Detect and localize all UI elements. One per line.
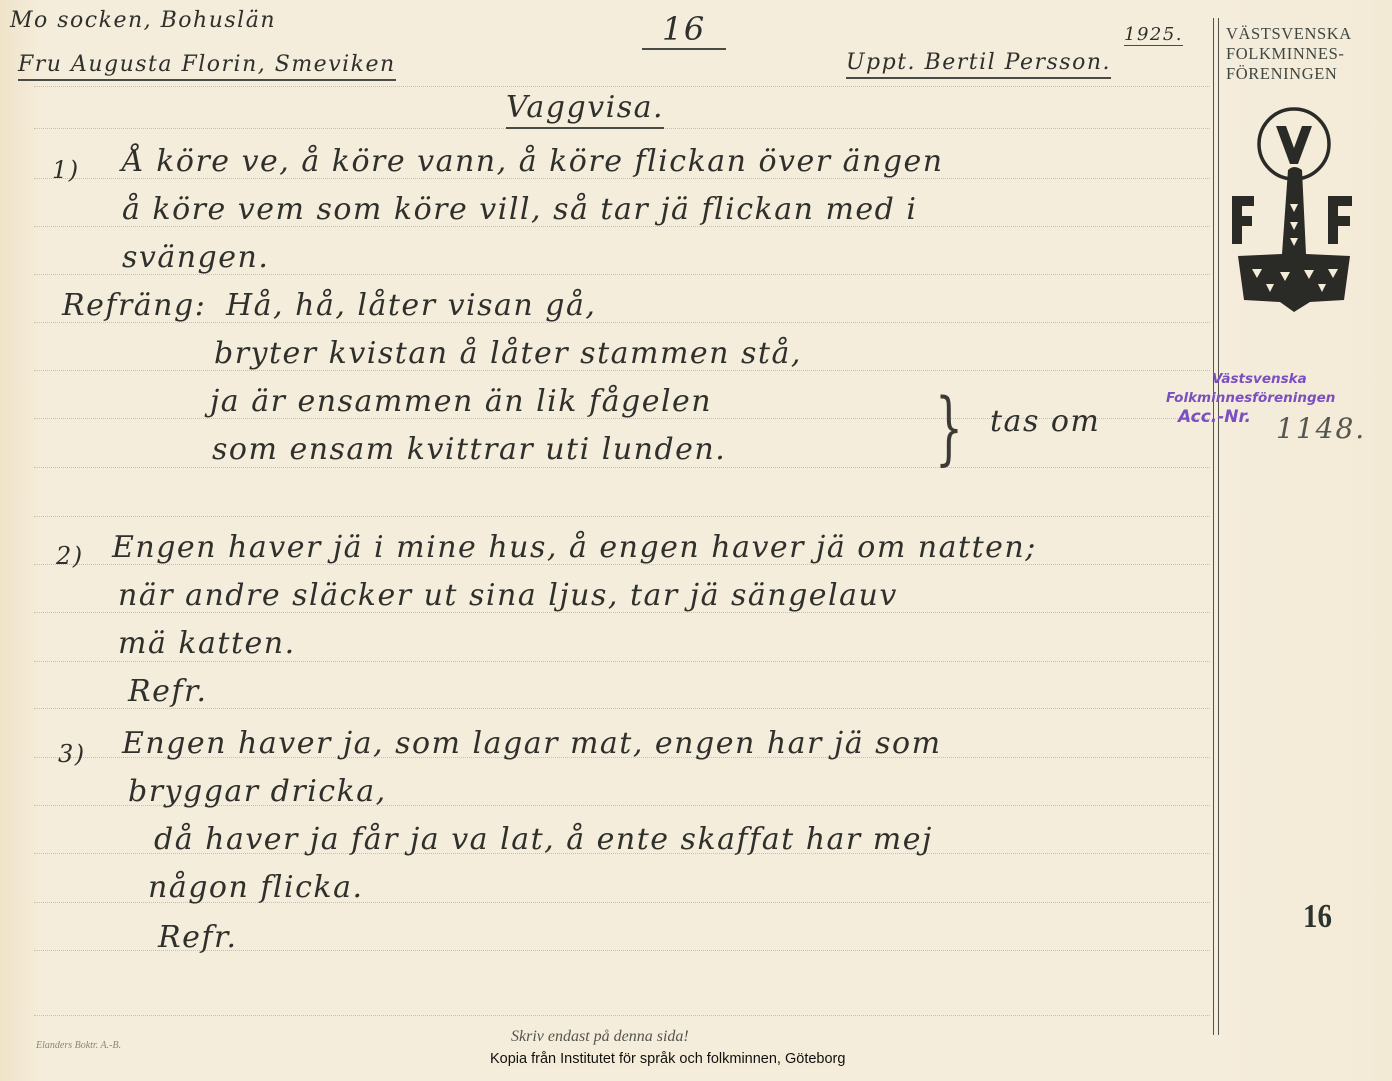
repeat-brace: } [935, 388, 963, 468]
ruled-line [34, 322, 1210, 323]
refrain-line: Hå, hå, låter visan gå, [226, 288, 596, 323]
ruled-line [34, 1015, 1210, 1016]
margin-rule [1218, 18, 1219, 1035]
ruled-line [34, 467, 1210, 468]
recorder-text: Uppt. Bertil Persson. [846, 50, 1111, 79]
margin-rule [1213, 18, 1214, 1035]
verse-number: 3) [58, 740, 86, 768]
ruled-line [34, 86, 1210, 87]
write-instruction: Skriv endast på denna sida! [511, 1028, 689, 1046]
verse-line: mä katten. [118, 626, 296, 661]
verse-line: någon flicka. [148, 870, 364, 905]
verse-line: Å köre ve, å köre vann, å köre flickan ö… [122, 144, 944, 179]
verse-line: Engen haver ja, som lagar mat, engen har… [122, 726, 942, 761]
copyright-notice: Kopia från Institutet för språk och folk… [490, 1051, 845, 1067]
verse-line: bryggar dricka, [128, 774, 387, 809]
printer-imprint: Elanders Boktr. A.-B. [36, 1040, 121, 1051]
verse-number: 1) [52, 156, 80, 184]
refrain-line: som ensam kvittrar uti lunden. [212, 432, 726, 467]
accession-number: 1148. [1276, 412, 1366, 445]
refrain-reference: Refr. [158, 920, 238, 955]
ruled-line [34, 516, 1210, 517]
year-text: 1925. [1124, 24, 1183, 46]
verse-line: när andre släcker ut sina ljus, tar jä s… [118, 578, 898, 613]
refrain-line: bryter kvistan å låter stammen stå, [214, 336, 802, 371]
verse-line: då haver ja får ja va lat, å ente skaffa… [154, 822, 933, 857]
org-line: FOLKMINNES- [1226, 44, 1376, 64]
ruled-line [34, 661, 1210, 662]
verse-line: svängen. [122, 240, 269, 275]
thors-hammer-logo-icon [1232, 104, 1362, 314]
verse-line: Engen haver jä i mine hus, å engen haver… [112, 530, 1037, 565]
repeat-note: tas om [990, 404, 1100, 439]
refrain-label: Refräng: [62, 288, 206, 323]
location-text: Mo socken, Bohuslän [10, 8, 276, 33]
verse-line: å köre vem som köre vill, så tar jä flic… [122, 192, 918, 227]
ruled-line [34, 708, 1210, 709]
record-number: 16 [642, 10, 726, 50]
archive-record-page: Mo socken, Bohuslän Fru Augusta Florin, … [0, 0, 1392, 1081]
org-line: VÄSTSVENSKA [1226, 24, 1376, 44]
refrain-reference: Refr. [128, 674, 208, 709]
verse-number: 2) [56, 542, 84, 570]
refrain-line: ja är ensammen än lik fågelen [210, 384, 712, 419]
song-title: Vaggvisa. [506, 90, 664, 129]
stamp-line: Västsvenska [1212, 370, 1366, 389]
stamp-line: Folkminnesföreningen [1166, 389, 1366, 408]
org-line: FÖRENINGEN [1226, 64, 1376, 84]
organization-name: VÄSTSVENSKA FOLKMINNES- FÖRENINGEN [1226, 24, 1376, 84]
page-number: 16 [1303, 898, 1332, 936]
informant-text: Fru Augusta Florin, Smeviken [18, 52, 396, 81]
